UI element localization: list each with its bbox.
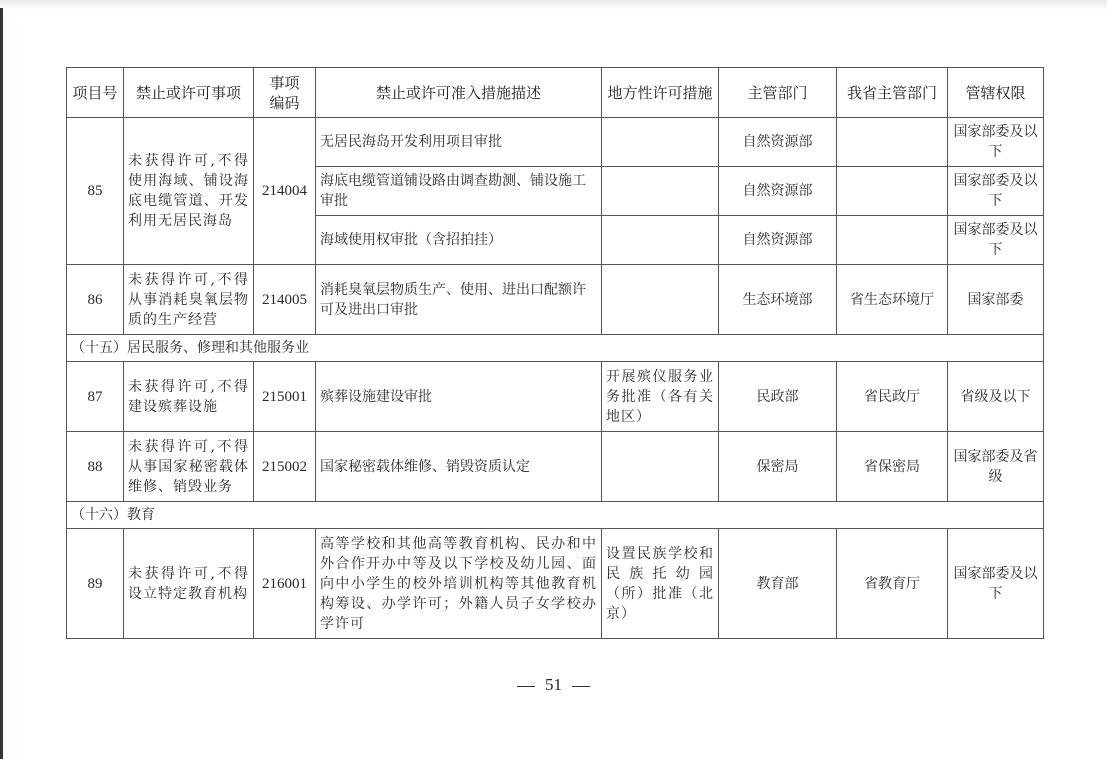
page-number-dash-left [517, 686, 535, 687]
code-cell: 214004 [254, 118, 316, 265]
province-department-cell: 省教育厅 [837, 529, 948, 639]
jurisdiction-cell: 国家部委及以下 [948, 529, 1044, 639]
header-matter: 禁止或许可事项 [124, 68, 254, 118]
matter-cell: 未获得许可,不得从事国家秘密载体维修、销毁业务 [124, 432, 254, 502]
department-cell: 自然资源部 [719, 118, 837, 167]
section-heading-15: （十五）居民服务、修理和其他服务业 [67, 335, 1044, 362]
local-measure-cell: 开展殡仪服务业务批准（各有关地区） [602, 362, 719, 432]
description-cell: 无居民海岛开发利用项目审批 [316, 118, 602, 167]
local-measure-cell [602, 118, 719, 167]
province-department-cell [837, 216, 948, 265]
section-heading-row: （十六）教育 [67, 502, 1044, 529]
province-department-cell [837, 167, 948, 216]
local-measure-cell [602, 432, 719, 502]
table-row: 88 未获得许可,不得从事国家秘密载体维修、销毁业务 215002 国家秘密载体… [67, 432, 1044, 502]
item-no-cell: 89 [67, 529, 124, 639]
province-department-cell: 省保密局 [837, 432, 948, 502]
section-heading-row: （十五）居民服务、修理和其他服务业 [67, 335, 1044, 362]
province-department-cell [837, 118, 948, 167]
scan-top-shadow [0, 0, 1107, 10]
province-department-cell: 省生态环境厅 [837, 265, 948, 335]
department-cell: 保密局 [719, 432, 837, 502]
table-row: 85 未获得许可,不得使用海域、铺设海底电缆管道、开发利用无居民海岛 21400… [67, 118, 1044, 167]
page-number-dash-right [572, 686, 590, 687]
header-description: 禁止或许可准入措施描述 [316, 68, 602, 118]
jurisdiction-cell: 国家部委及以下 [948, 167, 1044, 216]
permit-table: 项目号 禁止或许可事项 事项编码 禁止或许可准入措施描述 地方性许可措施 主管部… [66, 67, 1044, 639]
description-cell: 殡葬设施建设审批 [316, 362, 602, 432]
province-department-cell: 省民政厅 [837, 362, 948, 432]
table-header-row: 项目号 禁止或许可事项 事项编码 禁止或许可准入措施描述 地方性许可措施 主管部… [67, 68, 1044, 118]
header-jurisdiction: 管辖权限 [948, 68, 1044, 118]
scan-page-edge [0, 8, 3, 759]
jurisdiction-cell: 国家部委及以下 [948, 216, 1044, 265]
description-cell: 国家秘密载体维修、销毁资质认定 [316, 432, 602, 502]
code-cell: 214005 [254, 265, 316, 335]
description-cell: 海域使用权审批（含招拍挂） [316, 216, 602, 265]
matter-cell: 未获得许可,不得建设殡葬设施 [124, 362, 254, 432]
header-department: 主管部门 [719, 68, 837, 118]
department-cell: 自然资源部 [719, 167, 837, 216]
jurisdiction-cell: 国家部委及省级 [948, 432, 1044, 502]
item-no-cell: 86 [67, 265, 124, 335]
description-cell: 消耗臭氧层物质生产、使用、进出口配额许可及进出口审批 [316, 265, 602, 335]
code-cell: 215001 [254, 362, 316, 432]
local-measure-cell [602, 216, 719, 265]
department-cell: 生态环境部 [719, 265, 837, 335]
local-measure-cell [602, 167, 719, 216]
table-row: 86 未获得许可,不得从事消耗臭氧层物质的生产经营 214005 消耗臭氧层物质… [67, 265, 1044, 335]
page-number: 51 [0, 675, 1107, 695]
header-local-measure: 地方性许可措施 [602, 68, 719, 118]
code-cell: 216001 [254, 529, 316, 639]
page-number-value: 51 [545, 675, 562, 694]
matter-cell: 未获得许可,不得设立特定教育机构 [124, 529, 254, 639]
department-cell: 民政部 [719, 362, 837, 432]
item-no-cell: 88 [67, 432, 124, 502]
local-measure-cell [602, 265, 719, 335]
jurisdiction-cell: 国家部委及以下 [948, 118, 1044, 167]
item-no-cell: 85 [67, 118, 124, 265]
description-cell: 海底电缆管道铺设路由调查勘测、铺设施工审批 [316, 167, 602, 216]
jurisdiction-cell: 省级及以下 [948, 362, 1044, 432]
local-measure-cell: 设置民族学校和民族托幼园（所）批准（北京） [602, 529, 719, 639]
department-cell: 教育部 [719, 529, 837, 639]
department-cell: 自然资源部 [719, 216, 837, 265]
header-province-department: 我省主管部门 [837, 68, 948, 118]
section-heading-16: （十六）教育 [67, 502, 1044, 529]
item-no-cell: 87 [67, 362, 124, 432]
matter-cell: 未获得许可,不得从事消耗臭氧层物质的生产经营 [124, 265, 254, 335]
header-item-no: 项目号 [67, 68, 124, 118]
matter-cell: 未获得许可,不得使用海域、铺设海底电缆管道、开发利用无居民海岛 [124, 118, 254, 265]
jurisdiction-cell: 国家部委 [948, 265, 1044, 335]
description-cell: 高等学校和其他高等教育机构、民办和中外合作开办中等及以下学校及幼儿园、面向中小学… [316, 529, 602, 639]
code-cell: 215002 [254, 432, 316, 502]
table-row: 87 未获得许可,不得建设殡葬设施 215001 殡葬设施建设审批 开展殡仪服务… [67, 362, 1044, 432]
header-code: 事项编码 [254, 68, 316, 118]
table-row: 89 未获得许可,不得设立特定教育机构 216001 高等学校和其他高等教育机构… [67, 529, 1044, 639]
